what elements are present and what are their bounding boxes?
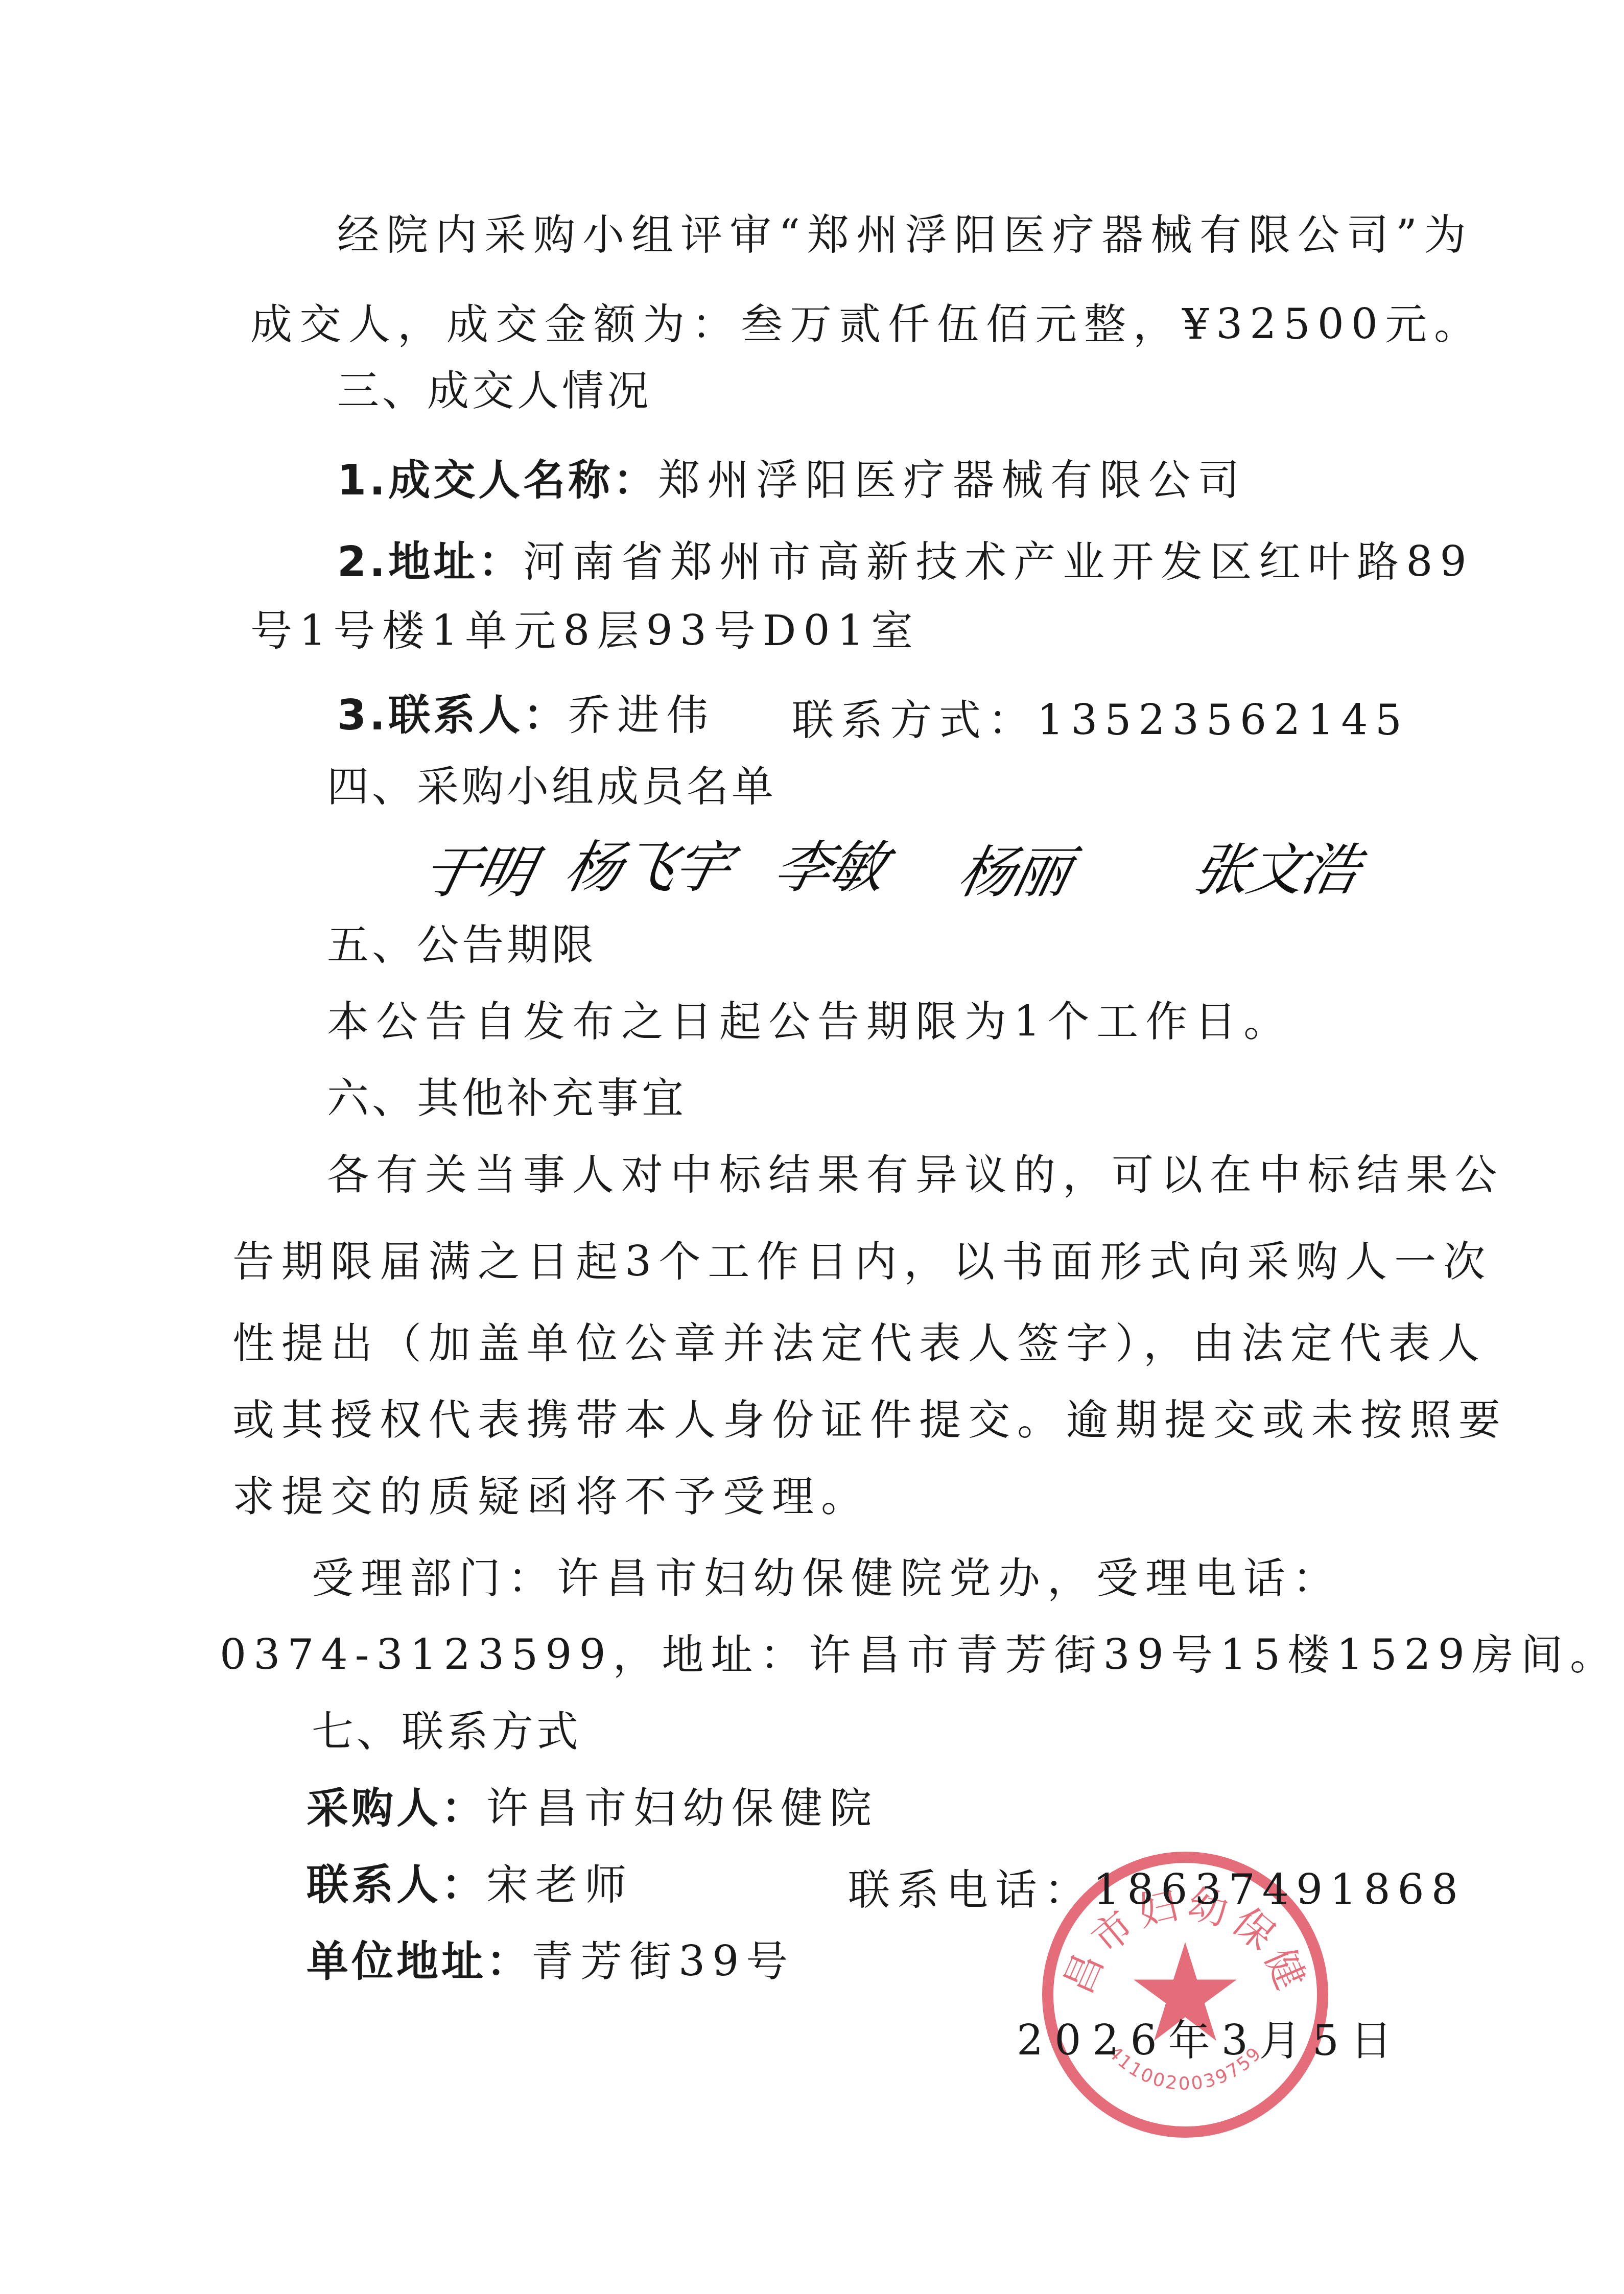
buyer-contact-value: 宋老师: [486, 1861, 633, 1909]
document-date: 2026年3月5日: [1017, 2020, 1403, 2062]
buyer-address-value: 青芳街39号: [531, 1937, 795, 1986]
signature-1: 于明: [415, 827, 541, 908]
buyer-address-row: 单位地址：青芳街39号: [307, 1941, 795, 1983]
winner-address-row: 2.地址：河南省郑州市高新技术产业开发区红叶路89: [337, 541, 1474, 583]
intro-line-2: 成交人，成交金额为：叁万贰仟伍佰元整，¥32500元。: [250, 304, 1483, 346]
winner-phone-label: 联系方式：: [792, 696, 1037, 745]
section5-title: 五、公告期限: [327, 925, 597, 966]
winner-phone-row: 联系方式：13523562145: [792, 700, 1409, 742]
section5-text: 本公告自发布之日起公告期限为1个工作日。: [327, 1001, 1292, 1043]
section6-line-4: 或其授权代表携带本人身份证件提交。逾期提交或未按照要: [232, 1400, 1508, 1441]
section4-title: 四、采购小组成员名单: [327, 766, 776, 808]
winner-contact-label: 3.联系人：: [337, 691, 568, 740]
dept-line-2: 0374-3123599，地址：许昌市青芳街39号15楼1529房间。: [220, 1635, 1619, 1676]
winner-name-label: 1.成交人名称：: [337, 456, 658, 505]
winner-contact-value: 乔进伟: [568, 691, 715, 740]
buyer-contact-label: 联系人：: [307, 1861, 486, 1909]
signature-4: 杨丽: [952, 827, 1077, 908]
section6-line-2: 告期限届满之日起3个工作日内，以书面形式向采购人一次: [232, 1241, 1492, 1283]
winner-name-row: 1.成交人名称：郑州浮阳医疗器械有限公司: [337, 460, 1246, 502]
winner-contact-row: 3.联系人：乔进伟: [337, 695, 715, 737]
section7-title: 七、联系方式: [312, 1711, 581, 1753]
buyer-label: 采购人：: [307, 1784, 486, 1833]
winner-address-label: 2.地址：: [337, 538, 523, 586]
buyer-address-label: 单位地址：: [307, 1937, 531, 1986]
section6-line-3: 性提出（加盖单位公章并法定代表人签字），由法定代表人: [232, 1323, 1487, 1365]
buyer-row: 采购人：许昌市妇幼保健院: [307, 1788, 879, 1830]
buyer-contact-row: 联系人：宋老师: [307, 1864, 633, 1906]
section6-line-5: 求提交的质疑函将不予受理。: [232, 1476, 870, 1518]
buyer-phone-row: 联系电话：18637491868: [848, 1870, 1465, 1911]
buyer-phone-label: 联系电话：: [848, 1866, 1093, 1914]
buyer-value: 许昌市妇幼保健院: [486, 1784, 879, 1833]
winner-name-value: 郑州浮阳医疗器械有限公司: [658, 456, 1246, 505]
signature-3: 李敏: [768, 822, 893, 903]
section6-title: 六、其他补充事宜: [327, 1078, 687, 1120]
section3-title: 三、成交人情况: [337, 370, 652, 412]
winner-phone-value: 13523562145: [1037, 696, 1409, 745]
intro-line-1: 经院内采购小组评审“郑州浮阳医疗器械有限公司”为: [337, 215, 1473, 256]
dept-line-1: 受理部门：许昌市妇幼保健院党办，受理电话：: [312, 1558, 1341, 1600]
buyer-phone-value: 18637491868: [1093, 1866, 1465, 1914]
winner-address-value-2: 号1号楼1单元8层93号D01室: [250, 610, 920, 652]
signature-2: 杨飞宇: [558, 822, 738, 903]
section6-line-1: 各有关当事人对中标结果有异议的，可以在中标结果公: [327, 1154, 1504, 1196]
signature-5: 张文浩: [1187, 825, 1367, 906]
winner-address-value-1: 河南省郑州市高新技术产业开发区红叶路89: [523, 538, 1473, 586]
